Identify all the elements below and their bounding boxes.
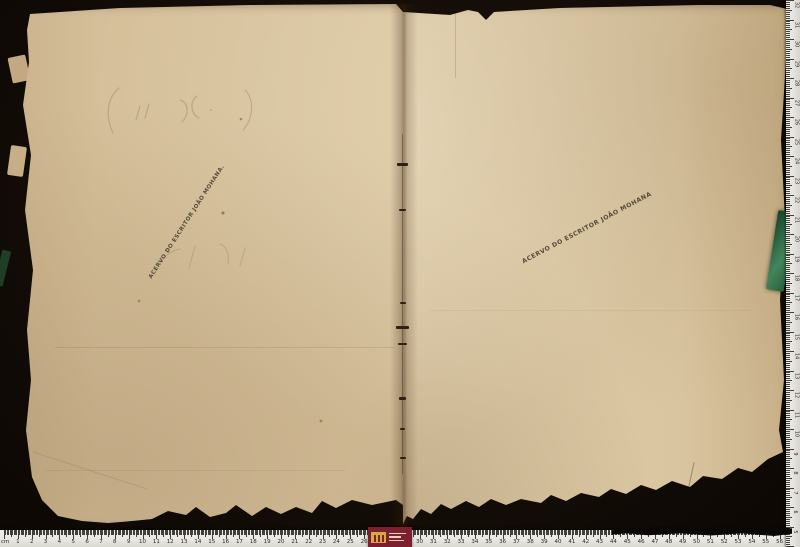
right-ruler-tick bbox=[786, 515, 790, 516]
right-ruler-tick bbox=[786, 353, 790, 354]
right-ruler-tick bbox=[786, 499, 790, 500]
right-ruler-tick bbox=[786, 2, 790, 3]
right-ruler-tick bbox=[786, 484, 790, 485]
right-ruler-tick bbox=[786, 78, 794, 79]
dust-specks bbox=[0, 0, 2, 2]
right-ruler-tick bbox=[786, 540, 790, 541]
right-ruler-tick bbox=[786, 443, 790, 444]
right-ruler-tick bbox=[786, 23, 790, 24]
paper-crease bbox=[33, 451, 147, 489]
right-ruler-tick bbox=[786, 179, 790, 180]
bottom-ruler-number: 34 bbox=[471, 539, 478, 546]
right-ruler-tick bbox=[786, 261, 790, 262]
logo-text-lines bbox=[389, 533, 406, 541]
right-ruler-tick bbox=[786, 162, 790, 163]
bottom-ruler-number: 18 bbox=[250, 539, 257, 546]
right-ruler-tick bbox=[786, 257, 790, 258]
right-ruler-tick bbox=[786, 168, 790, 169]
bottom-ruler-number: 7 bbox=[99, 539, 103, 546]
bottom-ruler-number: 25 bbox=[347, 539, 354, 546]
right-ruler-tick bbox=[786, 544, 790, 545]
right-ruler-tick bbox=[786, 228, 790, 229]
right-ruler-tick bbox=[786, 90, 790, 91]
right-ruler-number: 28 bbox=[794, 80, 799, 86]
right-ruler-tick bbox=[786, 394, 790, 395]
right-ruler-tick bbox=[786, 493, 790, 494]
right-ruler-number: 17 bbox=[794, 294, 799, 300]
paper-crease bbox=[45, 470, 345, 471]
right-ruler-tick bbox=[786, 263, 792, 264]
right-ruler-number: 20 bbox=[794, 236, 799, 242]
right-ruler-tick bbox=[786, 99, 790, 100]
right-ruler-tick bbox=[786, 417, 790, 418]
right-ruler-tick bbox=[786, 41, 790, 42]
right-ruler-number: 13 bbox=[794, 372, 799, 378]
bottom-ruler-number: 48 bbox=[665, 539, 672, 546]
right-ruler-tick bbox=[786, 152, 790, 153]
ruler-unit-label: cm bbox=[1, 539, 9, 546]
right-ruler-tick bbox=[786, 380, 792, 381]
right-ruler-tick bbox=[786, 287, 790, 288]
right-ruler-tick bbox=[786, 433, 790, 434]
bottom-ruler-number: 2 bbox=[30, 539, 34, 546]
right-ruler-tick bbox=[786, 316, 790, 317]
right-ruler-tick bbox=[786, 339, 790, 340]
right-ruler-tick bbox=[786, 497, 792, 498]
right-ruler-tick bbox=[786, 183, 790, 184]
right-ruler-number: 25 bbox=[794, 138, 799, 144]
right-ruler-tick bbox=[786, 365, 790, 366]
right-ruler-tick bbox=[786, 296, 790, 297]
bottom-ruler-number: 12 bbox=[167, 539, 174, 546]
right-ruler-tick bbox=[786, 250, 790, 251]
right-ruler-tick bbox=[786, 460, 790, 461]
right-ruler-tick bbox=[786, 94, 790, 95]
right-ruler-tick bbox=[786, 211, 790, 212]
right-ruler-tick bbox=[786, 164, 790, 165]
right-ruler-tick bbox=[786, 226, 790, 227]
bottom-ruler-number: 37 bbox=[513, 539, 520, 546]
right-ruler-tick bbox=[786, 29, 792, 30]
right-ruler-tick bbox=[786, 435, 790, 436]
right-ruler-tick bbox=[786, 509, 790, 510]
bottom-ruler-number: 21 bbox=[291, 539, 298, 546]
right-ruler-tick bbox=[786, 308, 790, 309]
right-ruler-tick bbox=[786, 513, 790, 514]
right-ruler-tick bbox=[786, 400, 792, 401]
right-ruler-tick bbox=[786, 154, 790, 155]
right-ruler-tick bbox=[786, 82, 790, 83]
right-ruler-tick bbox=[786, 189, 790, 190]
bottom-ruler-number: 50 bbox=[693, 539, 700, 546]
right-ruler-tick bbox=[786, 156, 794, 157]
right-ruler-tick bbox=[786, 49, 792, 50]
right-ruler-tick bbox=[786, 66, 790, 67]
right-ruler-tick bbox=[786, 431, 790, 432]
right-ruler-tick bbox=[786, 333, 790, 334]
right-ruler-tick bbox=[786, 408, 790, 409]
right-ruler-number: 7 bbox=[792, 491, 797, 494]
bottom-ruler-number: 45 bbox=[624, 539, 631, 546]
right-ruler-tick bbox=[786, 324, 790, 325]
right-ruler-number: 22 bbox=[794, 197, 799, 203]
right-ruler-tick bbox=[786, 6, 790, 7]
right-ruler-tick bbox=[786, 306, 790, 307]
paper-scratch bbox=[686, 462, 694, 495]
right-ruler-tick bbox=[786, 495, 790, 496]
bottom-ruler-number: 46 bbox=[638, 539, 645, 546]
bottom-ruler-number: 22 bbox=[305, 539, 312, 546]
right-ruler-tick bbox=[786, 320, 790, 321]
right-ruler-tick bbox=[786, 125, 790, 126]
right-ruler-tick bbox=[786, 18, 790, 19]
right-ruler-tick bbox=[786, 117, 794, 118]
building-icon bbox=[371, 532, 386, 543]
right-ruler-tick bbox=[786, 374, 790, 375]
right-ruler-tick bbox=[786, 525, 790, 526]
right-ruler-tick bbox=[786, 170, 790, 171]
right-ruler-tick bbox=[786, 279, 790, 280]
right-ruler-number: 6 bbox=[792, 510, 797, 513]
right-ruler-tick bbox=[786, 232, 790, 233]
right-ruler-tick bbox=[786, 135, 790, 136]
green-fragment-left bbox=[0, 249, 11, 286]
right-ruler-tick bbox=[786, 491, 790, 492]
right-ruler-tick bbox=[786, 277, 790, 278]
right-ruler-tick bbox=[786, 127, 792, 128]
right-ruler-tick bbox=[786, 269, 790, 270]
right-ruler-tick bbox=[786, 363, 790, 364]
right-ruler-tick bbox=[786, 427, 790, 428]
right-ruler-tick bbox=[786, 310, 790, 311]
right-ruler-tick bbox=[786, 98, 794, 99]
bottom-ruler-number: 16 bbox=[222, 539, 229, 546]
right-ruler-tick bbox=[786, 119, 790, 120]
right-ruler-tick bbox=[786, 507, 794, 508]
right-ruler-tick bbox=[786, 193, 790, 194]
book-scan-canvas: ACERVO DO ESCRITOR JOÃO MOHANA. ACERVO D… bbox=[0, 0, 800, 547]
right-ruler-number: 29 bbox=[794, 60, 799, 66]
right-ruler-tick bbox=[786, 421, 790, 422]
right-ruler-tick bbox=[786, 25, 790, 26]
bottom-ruler-number: 49 bbox=[679, 539, 686, 546]
right-ruler-tick bbox=[786, 267, 790, 268]
bottom-ruler-number: 30 bbox=[416, 539, 423, 546]
right-ruler-tick bbox=[786, 80, 790, 81]
right-ruler-tick bbox=[786, 398, 790, 399]
right-ruler-tick bbox=[786, 4, 790, 5]
right-ruler-tick bbox=[786, 328, 790, 329]
right-ruler-tick bbox=[786, 265, 790, 266]
right-ruler-tick bbox=[786, 140, 790, 141]
right-ruler-tick bbox=[786, 142, 790, 143]
bottom-ruler-number: 9 bbox=[127, 539, 131, 546]
right-ruler-tick bbox=[786, 148, 790, 149]
right-ruler-tick bbox=[786, 252, 790, 253]
right-ruler-tick bbox=[786, 20, 794, 21]
right-ruler-tick bbox=[786, 322, 792, 323]
right-ruler-tick bbox=[786, 205, 792, 206]
right-ruler-tick bbox=[786, 234, 794, 235]
right-ruler-tick bbox=[786, 349, 790, 350]
bottom-ruler-number: 4 bbox=[58, 539, 62, 546]
bottom-ruler-number: 1 bbox=[16, 539, 20, 546]
right-ruler-tick bbox=[786, 464, 790, 465]
bottom-ruler-number: 53 bbox=[735, 539, 742, 546]
right-ruler-number: 24 bbox=[794, 158, 799, 164]
right-ruler-tick bbox=[786, 527, 794, 528]
right-ruler-tick bbox=[786, 472, 790, 473]
right-ruler-number: 11 bbox=[794, 411, 799, 417]
right-ruler-tick bbox=[786, 347, 790, 348]
right-ruler-tick bbox=[786, 109, 790, 110]
right-ruler-tick bbox=[786, 536, 792, 537]
right-ruler-tick bbox=[786, 538, 790, 539]
right-ruler-tick bbox=[786, 51, 790, 52]
right-ruler-tick bbox=[786, 330, 790, 331]
right-ruler-tick bbox=[786, 176, 794, 177]
right-ruler-tick bbox=[786, 289, 790, 290]
right-ruler-tick bbox=[786, 76, 790, 77]
bottom-ruler-number: 36 bbox=[499, 539, 506, 546]
right-ruler-tick bbox=[786, 450, 790, 451]
right-ruler-tick bbox=[786, 197, 790, 198]
right-ruler-number: 21 bbox=[794, 216, 799, 222]
right-ruler-tick bbox=[786, 64, 790, 65]
bottom-ruler-number: 14 bbox=[194, 539, 201, 546]
right-ruler-tick bbox=[786, 92, 790, 93]
right-ruler-tick bbox=[786, 454, 790, 455]
right-ruler-tick bbox=[786, 213, 790, 214]
right-ruler-tick bbox=[786, 372, 790, 373]
bottom-ruler-number: 5 bbox=[72, 539, 76, 546]
right-ruler-number: 27 bbox=[794, 99, 799, 105]
right-ruler-tick bbox=[786, 351, 794, 352]
right-ruler-tick bbox=[786, 57, 790, 58]
right-ruler-tick bbox=[786, 291, 790, 292]
bottom-ruler-number: 26 bbox=[361, 539, 368, 546]
right-ruler-tick bbox=[786, 437, 790, 438]
bottom-ruler-number: 38 bbox=[527, 539, 534, 546]
bottom-ruler-number: 13 bbox=[181, 539, 188, 546]
bottom-ruler-number: 55 bbox=[762, 539, 769, 546]
right-ruler-tick bbox=[786, 423, 790, 424]
right-ruler-tick bbox=[786, 53, 790, 54]
bottom-ruler-number: 24 bbox=[333, 539, 340, 546]
right-ruler-tick bbox=[786, 445, 790, 446]
bottom-ruler-number: 23 bbox=[319, 539, 326, 546]
right-ruler-tick bbox=[786, 335, 790, 336]
right-ruler-tick bbox=[786, 72, 790, 73]
right-ruler-tick bbox=[786, 337, 790, 338]
right-ruler-tick bbox=[786, 293, 794, 294]
right-ruler-tick bbox=[786, 105, 790, 106]
right-ruler-tick bbox=[786, 115, 790, 116]
right-ruler-tick bbox=[786, 259, 790, 260]
right-ruler-tick bbox=[786, 523, 790, 524]
right-ruler-tick bbox=[786, 396, 790, 397]
right-ruler-tick bbox=[786, 121, 790, 122]
right-ruler-tick bbox=[786, 359, 790, 360]
bottom-ruler-number: 33 bbox=[458, 539, 465, 546]
bottom-ruler-number: 51 bbox=[707, 539, 714, 546]
right-ruler-tick bbox=[786, 0, 794, 1]
right-ruler-tick bbox=[786, 419, 792, 420]
right-ruler-tick bbox=[786, 101, 790, 102]
right-ruler-tick bbox=[786, 185, 792, 186]
right-ruler-tick bbox=[786, 222, 790, 223]
right-ruler-tick bbox=[786, 449, 794, 450]
right-ruler-tick bbox=[786, 59, 794, 60]
right-ruler-tick bbox=[786, 88, 792, 89]
right-ruler-tick bbox=[786, 203, 790, 204]
right-ruler-tick bbox=[786, 96, 790, 97]
bottom-ruler-number: 35 bbox=[485, 539, 492, 546]
right-ruler-tick bbox=[786, 456, 790, 457]
right-ruler-tick bbox=[786, 275, 790, 276]
right-ruler-tick bbox=[786, 103, 790, 104]
right-ruler-tick bbox=[786, 21, 790, 22]
right-ruler-tick bbox=[786, 273, 794, 274]
right-ruler-tick bbox=[786, 129, 790, 130]
right-ruler-tick bbox=[786, 238, 790, 239]
right-ruler-tick bbox=[786, 35, 790, 36]
right-ruler-tick bbox=[786, 503, 790, 504]
right-ruler-tick bbox=[786, 242, 790, 243]
right-ruler-tick bbox=[786, 39, 794, 40]
right-ruler-tick bbox=[786, 447, 790, 448]
right-ruler-tick bbox=[786, 60, 790, 61]
right-ruler-tick bbox=[786, 390, 794, 391]
right-ruler-tick bbox=[786, 501, 790, 502]
right-ruler-tick bbox=[786, 371, 794, 372]
right-ruler-tick bbox=[786, 131, 790, 132]
bottom-ruler-number: 11 bbox=[153, 539, 160, 546]
right-ruler-tick bbox=[786, 146, 792, 147]
right-ruler-tick bbox=[786, 542, 790, 543]
right-ruler-tick bbox=[786, 240, 790, 241]
right-ruler-tick bbox=[786, 378, 790, 379]
torn-paper-flap bbox=[7, 145, 27, 177]
right-ruler-tick bbox=[786, 70, 790, 71]
bottom-ruler-number: 8 bbox=[113, 539, 117, 546]
right-ruler-tick bbox=[786, 312, 794, 313]
right-ruler-tick bbox=[786, 191, 790, 192]
bottom-ruler-number: 44 bbox=[610, 539, 617, 546]
right-ruler-tick bbox=[786, 201, 790, 202]
right-ruler-tick bbox=[786, 367, 790, 368]
right-ruler-tick bbox=[786, 144, 790, 145]
right-ruler-number: 18 bbox=[794, 275, 799, 281]
right-ruler-tick bbox=[786, 16, 790, 17]
right-ruler-tick bbox=[786, 406, 790, 407]
right-ruler-tick bbox=[786, 318, 790, 319]
right-ruler-tick bbox=[786, 480, 790, 481]
right-ruler-number: 26 bbox=[794, 119, 799, 125]
right-ruler-tick bbox=[786, 386, 790, 387]
right-ruler-tick bbox=[786, 10, 792, 11]
right-ruler-tick bbox=[786, 415, 790, 416]
right-ruler-number: 9 bbox=[792, 452, 797, 455]
right-ruler-tick bbox=[786, 341, 792, 342]
right-ruler-tick bbox=[786, 187, 790, 188]
bottom-ruler-number: 47 bbox=[651, 539, 658, 546]
right-ruler-tick bbox=[786, 402, 790, 403]
right-ruler-tick bbox=[786, 218, 790, 219]
right-ruler-tick bbox=[786, 254, 794, 255]
right-ruler-tick bbox=[786, 107, 792, 108]
right-ruler-tick bbox=[786, 8, 790, 9]
right-ruler-tick bbox=[786, 14, 790, 15]
right-ruler-tick bbox=[786, 246, 790, 247]
right-ruler-tick bbox=[786, 326, 790, 327]
right-ruler-tick bbox=[786, 166, 792, 167]
acervo-stamp-left: ACERVO DO ESCRITOR JOÃO MOHANA. bbox=[148, 164, 226, 280]
right-ruler-number: 12 bbox=[794, 392, 799, 398]
bottom-ruler-number: 43 bbox=[596, 539, 603, 546]
ghost-handwriting bbox=[85, 78, 275, 183]
right-ruler-tick bbox=[786, 489, 790, 490]
right-ruler-number: 32 bbox=[794, 2, 799, 8]
right-ruler-tick bbox=[786, 224, 792, 225]
right-ruler-tick bbox=[786, 137, 794, 138]
right-ruler-tick bbox=[786, 160, 790, 161]
paper-crease bbox=[430, 310, 750, 311]
bottom-ruler-number: 15 bbox=[208, 539, 215, 546]
right-ruler-number: 14 bbox=[794, 353, 799, 359]
right-ruler-tick bbox=[786, 150, 790, 151]
right-ruler-tick bbox=[786, 271, 790, 272]
paper-crease bbox=[55, 347, 395, 348]
right-ruler-tick bbox=[786, 86, 790, 87]
right-ruler-tick bbox=[786, 123, 790, 124]
right-ruler-tick bbox=[786, 298, 790, 299]
right-ruler-tick bbox=[786, 220, 790, 221]
archive-logo bbox=[368, 527, 412, 547]
right-ruler-tick bbox=[786, 488, 794, 489]
right-ruler-tick bbox=[786, 304, 790, 305]
bottom-ruler-number: 41 bbox=[568, 539, 575, 546]
right-ruler-tick bbox=[786, 209, 790, 210]
bottom-ruler-number: 17 bbox=[236, 539, 243, 546]
right-ruler-tick bbox=[786, 486, 790, 487]
right-ruler: 3231302928272625242322212019181716151413… bbox=[786, 0, 800, 547]
right-ruler-tick bbox=[786, 505, 790, 506]
right-ruler-tick bbox=[786, 382, 790, 383]
right-ruler-tick bbox=[786, 283, 792, 284]
right-ruler-tick bbox=[786, 244, 792, 245]
bottom-ruler-number: 42 bbox=[582, 539, 589, 546]
right-ruler-tick bbox=[786, 410, 794, 411]
right-ruler-tick bbox=[786, 462, 790, 463]
bottom-ruler-number: 10 bbox=[139, 539, 146, 546]
right-ruler-tick bbox=[786, 294, 790, 295]
right-ruler-tick bbox=[786, 314, 790, 315]
right-ruler-tick bbox=[786, 207, 790, 208]
right-ruler-tick bbox=[786, 519, 790, 520]
right-ruler-tick bbox=[786, 158, 790, 159]
right-ruler-tick bbox=[786, 441, 790, 442]
right-ruler-tick bbox=[786, 478, 792, 479]
right-ruler-tick bbox=[786, 345, 790, 346]
right-ruler-tick bbox=[786, 199, 790, 200]
bottom-ruler-number: 3 bbox=[44, 539, 48, 546]
right-ruler-tick bbox=[786, 255, 790, 256]
right-ruler-number: 23 bbox=[794, 177, 799, 183]
right-ruler-tick bbox=[786, 411, 790, 412]
right-ruler-tick bbox=[786, 68, 792, 69]
right-ruler-tick bbox=[786, 300, 790, 301]
